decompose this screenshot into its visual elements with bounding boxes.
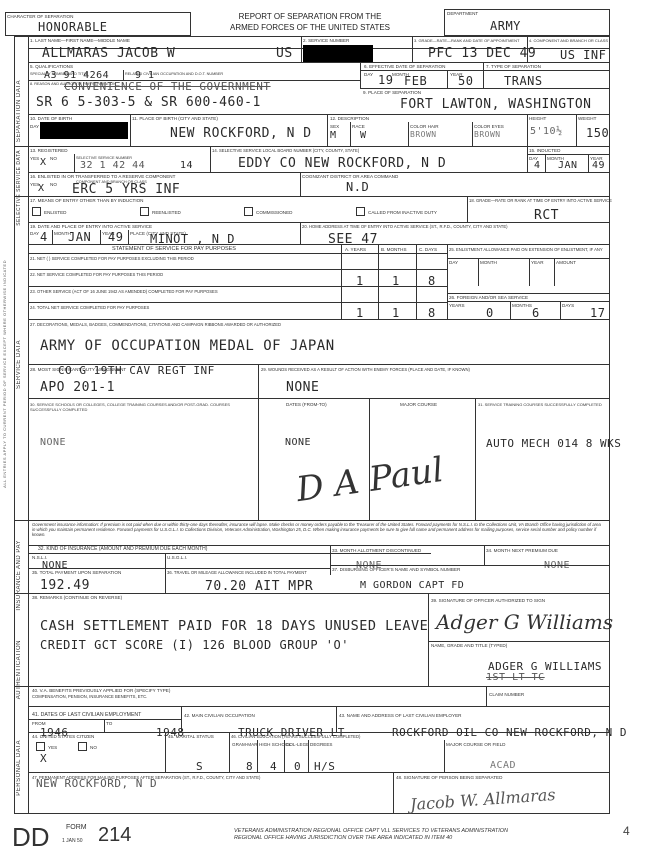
f6-label: 6. Effective date of separation [364, 64, 445, 69]
f15-month: JAN [558, 160, 578, 171]
f6-year: 50 [458, 74, 473, 88]
citizen-no-checkbox[interactable] [78, 742, 87, 751]
f4-label: 4. Component and branch or class [529, 38, 608, 43]
citizen-yes-checkbox[interactable] [36, 742, 45, 751]
f30-major-label: Major course [400, 402, 437, 407]
f1-label: 1. Last name—First name—Middle name [30, 38, 130, 43]
usgli-label: U.S.G.L.I. [167, 555, 187, 560]
f10-label: 10. Date of birth [30, 116, 72, 121]
grammar-label: Gram-mar [232, 742, 258, 747]
option-called-from-inactive: Called from inactive duty [368, 210, 437, 215]
f13-yes-mark: X [40, 157, 47, 168]
f5-label: 5. Qualifications [30, 64, 73, 69]
f14-label: 14. Selective service local board number… [212, 148, 359, 153]
pay-row-22-years: 1 [356, 274, 364, 288]
cognizant-district-label: Cognizant district or area command [302, 174, 398, 179]
f15-year: 49 [592, 160, 605, 171]
f25-label: 25. Enlistment allowance paid on extensi… [449, 247, 603, 252]
footer-notice-1: VETERANS ADMINISTRATION REGIONAL OFFICE … [234, 828, 508, 834]
f14-value: EDDY CO NEW ROCKFORD, N D [238, 156, 446, 171]
f36-value: 70.20 AIT MPR [205, 579, 313, 594]
f18-label: 18. Grade—Rate or rank at time of entry … [469, 198, 612, 203]
f7-label: 7. Type of separation [486, 64, 541, 69]
f44-label: 44. United States citizen [32, 734, 94, 739]
f12-eyes: BROWN [474, 130, 501, 139]
f30-dates-label: Dates (From-To) [286, 402, 327, 407]
f16-label: 16. Enlisted in or transferred to a rese… [30, 174, 175, 179]
f41-label: 41. Dates of last civilian employment [32, 713, 141, 718]
side-label-authentication: Authentication [16, 640, 22, 699]
col-days: C. Days [419, 247, 437, 252]
f12-label: 12. Description [330, 116, 369, 121]
f33-label: 33. Month allotment discontinued [332, 548, 421, 553]
f12-race-label: Race [352, 124, 365, 129]
cognizant-district-value: N.D [346, 180, 369, 194]
character-value: HONORABLE [38, 20, 108, 34]
f31-value: AUTO MECH 014 8 WKS [486, 437, 621, 450]
f15-label: 15. Inducted [529, 148, 560, 153]
f6-day-label: Day [364, 72, 373, 77]
f35-label: 35. Total payment upon separation [32, 570, 121, 575]
f47-value: NEW ROCKFORD, N D [36, 777, 157, 790]
checkbox-reenlisted[interactable] [140, 207, 149, 216]
f38-label: 38. Remarks (Continue on reverse) [32, 595, 122, 600]
footer-notice-2: REGIONAL OFFICE HAVING JURISDICTION OVER… [234, 835, 452, 841]
f26-years-label: Years [449, 303, 465, 308]
f37-label: 37. Disbursing officer's name and symbol… [332, 567, 460, 572]
f6-month: FEB [404, 74, 427, 88]
f29-label: 29. Wounds received as a result of actio… [261, 367, 470, 372]
f9-label: 9. Place of separation [363, 90, 421, 95]
f11-value: NEW ROCKFORD, N D [170, 126, 312, 141]
officer-signature: Adger G Williams [436, 610, 613, 634]
f40-label: 40. V.A. benefits previously applied for… [32, 688, 170, 693]
f8-struck-value: CONVENIENCE OF THE GOVERNMENT [64, 80, 271, 93]
f27-label: 27. Decorations, medals, badges, commend… [30, 322, 281, 327]
side-label-insurance: Insurance and Pay [16, 540, 22, 611]
f40-sublabel: Compensation, pension, insurance benefit… [32, 694, 147, 699]
f29-value: NONE [286, 380, 319, 395]
pay-row-24-label: 24. Total net service completed for pay … [30, 305, 149, 310]
f46-label: 46. Civilian education (Years successful… [231, 734, 360, 739]
page-mark: 4 [623, 824, 630, 838]
report-title-line-1: REPORT OF SEPARATION FROM THE [230, 12, 390, 22]
f30-dates: NONE [285, 437, 311, 448]
f28-value-2: APO 201-1 [40, 380, 115, 395]
f4-value: US INF [560, 48, 606, 62]
date-of-birth-redacted [40, 122, 128, 139]
f15-day: 4 [534, 160, 541, 171]
f13-local: 14 [180, 160, 193, 171]
f39-label: 39. Signature of officer authorized to s… [431, 598, 545, 603]
f26-months: 6 [532, 306, 540, 320]
form-number: 214 [98, 824, 131, 847]
side-label-personal: Personal Data [16, 740, 22, 796]
report-title-line-2: ARMED FORCES OF THE UNITED STATES [220, 23, 400, 33]
pay-statement-title: STATEMENT OF SERVICE FOR PAY PURPOSES [112, 247, 236, 252]
to-label: To [106, 721, 112, 726]
pay-row-22-label: 22. Net service completed for pay purpos… [30, 272, 163, 277]
pay-row-24-days: 8 [428, 306, 436, 320]
f34-label: 34. Month next premium due [486, 548, 558, 553]
f16-yes-mark: X [38, 183, 45, 194]
f25-amount-label: Amount [556, 260, 576, 265]
f1-us-value: US [276, 46, 293, 61]
f12-weight: 150 [586, 126, 609, 140]
f12-hair: BROWN [410, 130, 437, 139]
f42-label: 42. Main civilian occupation [184, 713, 255, 718]
claim-number-label: Claim number [489, 692, 524, 697]
f19-day-label: Day [30, 231, 39, 236]
pay-row-22-months: 1 [392, 274, 400, 288]
major-field-label: Major course or field [446, 742, 505, 747]
f30-label: 30. Service schools or colleges, college… [30, 402, 240, 412]
f26-years: 0 [486, 306, 494, 320]
pay-row-23-label: 23. Other service (Act of 16 June 1942 a… [30, 289, 218, 294]
f12-height: 5'10½ [530, 126, 563, 137]
f12-hair-label: Color hair [410, 124, 439, 129]
checkbox-commissioned[interactable] [244, 207, 253, 216]
side-label-separation: Separation Data [16, 80, 22, 142]
citizen-yes-label: Yes [48, 745, 57, 750]
pay-row-24-months: 1 [392, 306, 400, 320]
f28-value-1: CO G 19TH CAV REGT INF [58, 364, 215, 377]
citizen-mark: X [40, 752, 47, 765]
f12-race: W [360, 130, 367, 141]
remarks-line-1: CASH SETTLEMENT PAID FOR 18 DAYS UNUSED … [40, 618, 428, 634]
pay-row-24-years: 1 [356, 306, 364, 320]
major-field-value: ACAD [490, 760, 516, 771]
f35-value: 192.49 [40, 578, 90, 593]
f20-label: 20. Home address at time of entry into a… [302, 224, 508, 229]
f43-label: 43. Name and address of last civilian em… [339, 713, 461, 718]
f25-day-label: Day [449, 260, 458, 265]
f48-label: 48. Signature of person being separated [396, 775, 502, 780]
f12-weight-label: Weight [578, 116, 596, 121]
f12-sex-label: Sex [330, 124, 339, 129]
f13-ssn: 32 1 42 44 [80, 160, 145, 171]
f16-no-label: No [50, 182, 57, 187]
citizen-no-label: No [90, 745, 97, 750]
f26-months-label: Months [512, 303, 532, 308]
f3-value: PFC 13 DEC 49 [428, 46, 536, 61]
degrees-label: Degrees [310, 742, 332, 747]
f9-value: FORT LAWTON, WASHINGTON [400, 97, 592, 112]
checkbox-enlisted[interactable] [32, 207, 41, 216]
form-date: 1 JAN 50 [62, 838, 83, 844]
f25-year-label: Year [531, 260, 544, 265]
f2-label: 2. Service Number [303, 38, 349, 43]
f16-value: ERC 5 YRS INF [72, 182, 180, 197]
f37-value: M GORDON CAPT FD [360, 580, 464, 591]
option-reenlisted: Reenlisted [152, 210, 181, 215]
f13-no-label: No [50, 156, 57, 161]
insurance-notice: Government insurance information: If pre… [32, 522, 604, 538]
margin-note: All entries apply to current period of s… [2, 260, 7, 488]
side-label-selective: Selective Service Data [16, 150, 22, 226]
f3-label: 3. Grade—Rate—Rank and date of appointme… [414, 38, 519, 43]
f30-value: NONE [40, 437, 66, 448]
f8-value: SR 6 5-303-5 & SR 600-460-1 [36, 95, 261, 110]
f13-yes-label: Yes [30, 156, 39, 161]
f12-eyes-label: Color eyes [474, 124, 504, 129]
service-number-redacted [303, 45, 373, 62]
f32-label: 32. Kind of insurance (amount and premiu… [38, 547, 207, 552]
f7-value: TRANS [504, 74, 543, 88]
side-label-service: Service Data [16, 340, 22, 389]
form-label: FORM [66, 824, 87, 831]
f12-sex: M [330, 130, 337, 141]
f19-year: 49 [108, 230, 123, 244]
name-grade-title-label: Name, grade and title (Typed) [431, 643, 507, 648]
f18-value: RCT [534, 208, 559, 223]
f26-label: 26. Foreign and/or sea service [449, 295, 528, 300]
f11-label: 11. Place of birth (City and State) [132, 116, 218, 121]
department-value: ARMY [490, 19, 521, 33]
f27-value: ARMY OF OCCUPATION MEDAL OF JAPAN [40, 338, 335, 354]
dd-prefix: DD [12, 822, 50, 853]
checkbox-called-from-inactive[interactable] [356, 207, 365, 216]
department-label: Department [447, 11, 478, 16]
f19-label: 19. Date and place of entry into active … [30, 224, 152, 229]
character-label: Character of Separation [7, 14, 73, 19]
option-commissioned: Commissioned [256, 210, 293, 215]
college-label: Col-lege [286, 742, 309, 747]
f19-month: JAN [68, 230, 91, 244]
pay-row-21-label: 21. Net ( ) service completed for pay pu… [30, 256, 194, 261]
f19-day: 4 [40, 230, 48, 244]
f13-label: 13. Registered [30, 148, 68, 153]
officer-title: 1ST LT TC [486, 672, 545, 683]
option-enlisted: Enlisted [44, 210, 66, 215]
pay-row-22-days: 8 [428, 274, 436, 288]
f36-label: 36. Travel or mileage allowance included… [167, 570, 307, 575]
col-months: B. Months [381, 247, 407, 252]
col-years: A. Years [345, 247, 366, 252]
remarks-line-2: CREDIT GCT SCORE (I) 126 BLOOD GROUP 'O' [40, 638, 349, 652]
f17-label: 17. Means of entry other than by inducti… [30, 198, 144, 203]
f25-month-label: Month [480, 260, 497, 265]
f45-label: 45. Marital status [168, 734, 214, 739]
f1-name-value: ALLMARAS JACOB W [42, 46, 175, 61]
f10-day-label: Day [30, 124, 39, 129]
f26-days-label: Days [562, 303, 574, 308]
f26-days: 17 [590, 306, 605, 320]
f12-height-label: Height [529, 116, 546, 121]
f31-label: 31. Service training courses successfull… [478, 402, 602, 407]
